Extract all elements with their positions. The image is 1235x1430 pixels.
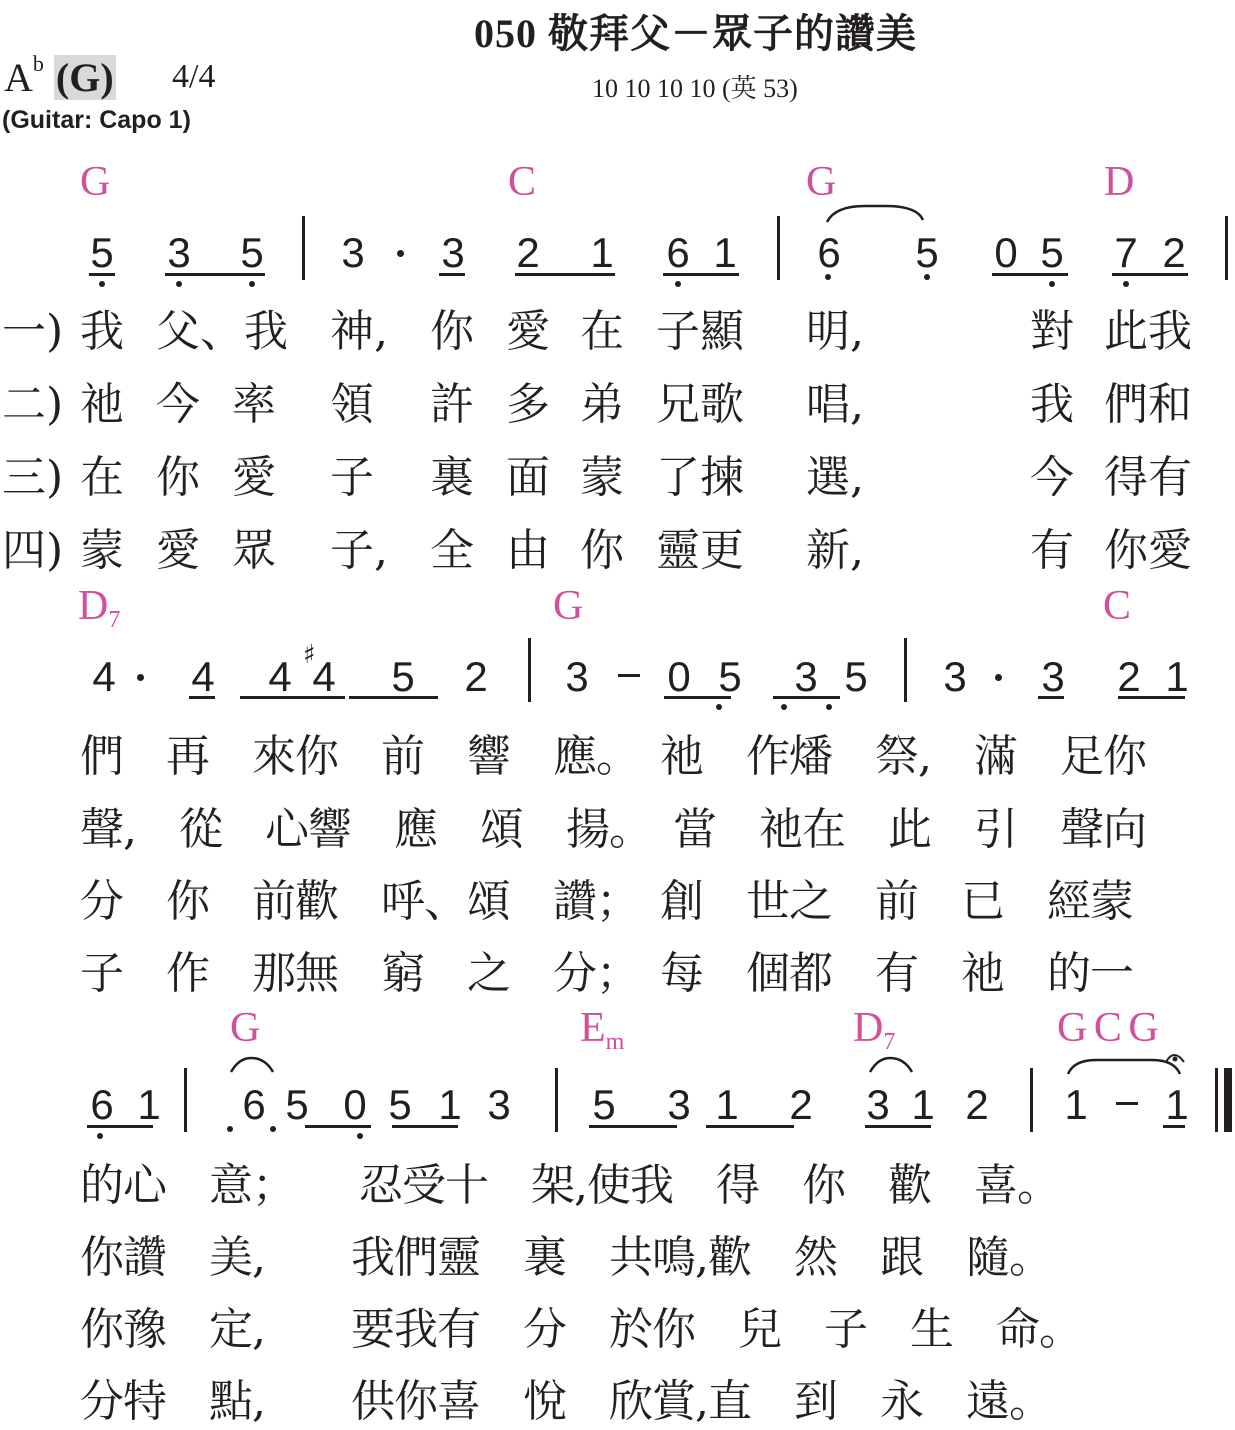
lyric-syllable: 你 xyxy=(156,456,200,500)
beam-underline xyxy=(589,1125,677,1128)
extension-dash xyxy=(1116,1102,1138,1105)
lyric-line: 子 作 那無 窮 之 分； 每 個都 有 祂 的一 xyxy=(80,952,1133,996)
lyric-syllable: 選, xyxy=(806,456,864,500)
beam-underline xyxy=(189,696,215,699)
verse-number: 四) xyxy=(2,529,63,573)
note: 1 xyxy=(585,232,619,274)
lyric-syllable: 新, xyxy=(806,529,864,573)
note: 5 xyxy=(280,1084,314,1126)
note: 5 xyxy=(587,1084,621,1126)
note: 3 xyxy=(938,656,972,698)
bar-line xyxy=(1225,216,1228,280)
verse-number: 一) xyxy=(2,310,63,354)
note: 1 xyxy=(1160,1084,1194,1126)
lyric-syllable: 們和 xyxy=(1104,383,1192,427)
low-octave-dot xyxy=(227,1126,233,1132)
lyric-syllable: 子, xyxy=(330,529,388,573)
lyric-line: 分特 點, 供你喜 悅 欣賞,直 到 永 遠。 xyxy=(80,1380,1052,1424)
final-barline-thin xyxy=(1215,1068,1218,1132)
lyric-syllable: 蒙 xyxy=(80,529,124,573)
bar-line xyxy=(184,1068,187,1132)
note: 2 xyxy=(1112,656,1146,698)
note: 1 xyxy=(1160,656,1194,698)
note: 1 xyxy=(132,1084,166,1126)
lyric-syllable: 愛 xyxy=(232,456,276,500)
note: 5 xyxy=(235,232,269,274)
lyric-line: 們 再 來你 前 響 應。 祂 作燔 祭, 滿 足你 xyxy=(80,735,1146,779)
note: 6 xyxy=(812,232,846,274)
final-barline-thick xyxy=(1224,1068,1232,1132)
lyric-syllable: 你 xyxy=(430,310,474,354)
lyric-syllable: 祂 xyxy=(80,383,124,427)
augmentation-dot xyxy=(995,674,1002,681)
lyric-syllable: 你愛 xyxy=(1104,529,1192,573)
hymn-title: 050 敬拜父－眾子的讚美 xyxy=(474,2,917,59)
low-octave-dot xyxy=(716,704,722,710)
low-octave-dot xyxy=(357,1133,363,1139)
note: 2 xyxy=(784,1084,818,1126)
beam-underline xyxy=(305,1125,371,1128)
lyric-syllable: 神, xyxy=(330,310,388,354)
key-play-highlight: (G) xyxy=(54,55,116,100)
low-octave-dot xyxy=(826,704,832,710)
low-octave-dot xyxy=(99,281,105,287)
bar-line xyxy=(302,216,305,280)
lyric-syllable: 兄歌 xyxy=(656,383,744,427)
note: 3 xyxy=(482,1084,516,1126)
chord-symbol: G xyxy=(806,158,836,206)
note: 3 xyxy=(436,232,470,274)
chord-symbol: Em xyxy=(580,1004,624,1056)
lyric-syllable: 有 xyxy=(1030,529,1074,573)
beam-underline xyxy=(663,273,739,276)
lyric-syllable: 靈更 xyxy=(656,529,744,573)
augmentation-dot xyxy=(137,674,144,681)
note: 6 xyxy=(237,1084,271,1126)
note: 5 xyxy=(713,656,747,698)
low-octave-dot xyxy=(924,274,930,280)
chord-symbol: C xyxy=(508,158,536,206)
low-octave-dot xyxy=(675,281,681,287)
chord-symbol: C xyxy=(1103,582,1131,630)
note: 4 xyxy=(307,656,341,698)
meter-info: 10 10 10 10 (英 53) xyxy=(592,68,798,105)
chord-symbol: D7 xyxy=(853,1004,895,1056)
capo-note: (Guitar: Capo 1) xyxy=(2,106,191,135)
beam-underline xyxy=(1038,696,1064,699)
lyric-syllable: 許 xyxy=(430,383,474,427)
note: 6 xyxy=(85,1084,119,1126)
beam-underline xyxy=(773,696,840,699)
lyric-line: 你讚 美, 我們靈 裏 共鳴,歡 然 跟 隨。 xyxy=(80,1236,1052,1280)
note: 3 xyxy=(1036,656,1070,698)
note: 4 xyxy=(186,656,220,698)
bar-line xyxy=(555,1068,558,1132)
beam-underline xyxy=(392,1125,458,1128)
lyric-syllable: 子 xyxy=(330,456,374,500)
flat-sign: b xyxy=(33,51,44,76)
bar-line xyxy=(777,216,780,280)
beam-underline xyxy=(992,273,1068,276)
low-octave-dot xyxy=(825,274,831,280)
lyric-syllable: 愛 xyxy=(506,310,550,354)
bar-line xyxy=(1030,1068,1033,1132)
lyric-syllable: 今 xyxy=(1030,456,1074,500)
lyric-syllable: 領 xyxy=(330,383,374,427)
beam-underline xyxy=(1163,1125,1185,1128)
time-signature: 4/4 xyxy=(172,58,215,96)
note: 3 xyxy=(560,656,594,698)
extension-dash xyxy=(618,674,640,677)
lyric-syllable: 裏 xyxy=(430,456,474,500)
note: 1 xyxy=(906,1084,940,1126)
note: 3 xyxy=(861,1084,895,1126)
tie-slur xyxy=(229,1058,275,1074)
tie-slur xyxy=(1066,1050,1190,1076)
lyric-syllable: 我 xyxy=(80,310,124,354)
lyric-syllable: 愛 xyxy=(156,529,200,573)
note: 5 xyxy=(910,232,944,274)
note: 1 xyxy=(433,1084,467,1126)
lyric-line: 分 你 前歡 呼、頌 讚； 創 世之 前 已 經蒙 xyxy=(80,880,1133,924)
lyric-syllable: 對 xyxy=(1030,310,1074,354)
lyric-syllable: 由 xyxy=(506,529,550,573)
lyric-syllable: 明, xyxy=(806,310,864,354)
note: 1 xyxy=(1059,1084,1093,1126)
bar-line xyxy=(528,638,531,702)
beam-underline xyxy=(706,1125,794,1128)
chord-symbol: D7 xyxy=(78,582,120,634)
lyric-syllable: 子顯 xyxy=(656,310,744,354)
lyric-syllable: 父、我 xyxy=(156,310,288,354)
note: 5 xyxy=(839,656,873,698)
lyric-line: 聲, 從 心響 應 頌 揚。 當 祂在 此 引 聲向 xyxy=(80,808,1146,852)
lyric-syllable: 你 xyxy=(580,529,624,573)
low-octave-dot xyxy=(270,1126,276,1132)
note: 2 xyxy=(511,232,545,274)
low-octave-dot xyxy=(1049,281,1055,287)
note: 0 xyxy=(989,232,1023,274)
beam-underline xyxy=(1112,273,1188,276)
note: 3 xyxy=(162,232,196,274)
tie-slur xyxy=(825,204,925,224)
note: 3 xyxy=(662,1084,696,1126)
bar-line xyxy=(904,638,907,702)
beam-underline xyxy=(89,273,115,276)
note: 5 xyxy=(85,232,119,274)
note: 5 xyxy=(386,656,420,698)
note: 4 xyxy=(263,656,297,698)
beam-underline xyxy=(87,1125,153,1128)
chord-symbol: G xyxy=(553,582,583,630)
low-octave-dot xyxy=(97,1133,103,1139)
note: 1 xyxy=(710,1084,744,1126)
note: 2 xyxy=(459,656,493,698)
note: 2 xyxy=(1157,232,1191,274)
lyric-syllable: 全 xyxy=(430,529,474,573)
low-octave-dot xyxy=(249,281,255,287)
lyric-syllable: 面 xyxy=(506,456,550,500)
note: 3 xyxy=(336,232,370,274)
note: 0 xyxy=(338,1084,372,1126)
augmentation-dot xyxy=(397,250,404,257)
lyric-syllable: 了揀 xyxy=(656,456,744,500)
chord-symbol: D xyxy=(1104,158,1134,206)
chord-symbol: G C G xyxy=(1057,1004,1157,1052)
beam-underline xyxy=(865,1125,931,1128)
low-octave-dot xyxy=(176,281,182,287)
lyric-syllable: 我 xyxy=(1030,383,1074,427)
beam-underline xyxy=(664,696,731,699)
lyric-syllable: 得有 xyxy=(1104,456,1192,500)
lyric-syllable: 唱, xyxy=(806,383,864,427)
lyric-syllable: 弟 xyxy=(580,383,624,427)
chord-symbol: G xyxy=(230,1004,260,1052)
key-original: A xyxy=(4,55,33,100)
low-octave-dot xyxy=(1123,281,1129,287)
lyric-line: 的心 意； 忍受十 架,使我 得 你 歡 喜。 xyxy=(80,1164,1060,1208)
note: 2 xyxy=(960,1084,994,1126)
note: 5 xyxy=(383,1084,417,1126)
beam-underline xyxy=(165,273,265,276)
lyric-syllable: 在 xyxy=(580,310,624,354)
lyric-line: 你豫 定, 要我有 分 於你 兒 子 生 命。 xyxy=(80,1308,1082,1352)
lyric-syllable: 蒙 xyxy=(580,456,624,500)
beam-underline xyxy=(349,696,438,699)
verse-number: 二) xyxy=(2,383,63,427)
note: 4 xyxy=(87,656,121,698)
beam-underline xyxy=(240,696,345,699)
key-signature: Ab (G) xyxy=(4,54,116,101)
lyric-syllable: 在 xyxy=(80,456,124,500)
note: 5 xyxy=(1035,232,1069,274)
beam-underline xyxy=(1118,696,1185,699)
note: 6 xyxy=(661,232,695,274)
note: 3 xyxy=(789,656,823,698)
lyric-syllable: 多 xyxy=(506,383,550,427)
note: 1 xyxy=(708,232,742,274)
note: 0 xyxy=(662,656,696,698)
note: 7 xyxy=(1109,232,1143,274)
lyric-syllable: 今 xyxy=(156,383,200,427)
low-octave-dot xyxy=(781,704,787,710)
tie-slur xyxy=(868,1058,914,1074)
beam-underline xyxy=(439,273,465,276)
chord-symbol: G xyxy=(80,158,110,206)
lyric-syllable: 眾 xyxy=(232,529,276,573)
lyric-syllable: 此我 xyxy=(1104,310,1192,354)
beam-underline xyxy=(515,273,615,276)
verse-number: 三) xyxy=(2,456,63,500)
lyric-syllable: 率 xyxy=(232,383,276,427)
